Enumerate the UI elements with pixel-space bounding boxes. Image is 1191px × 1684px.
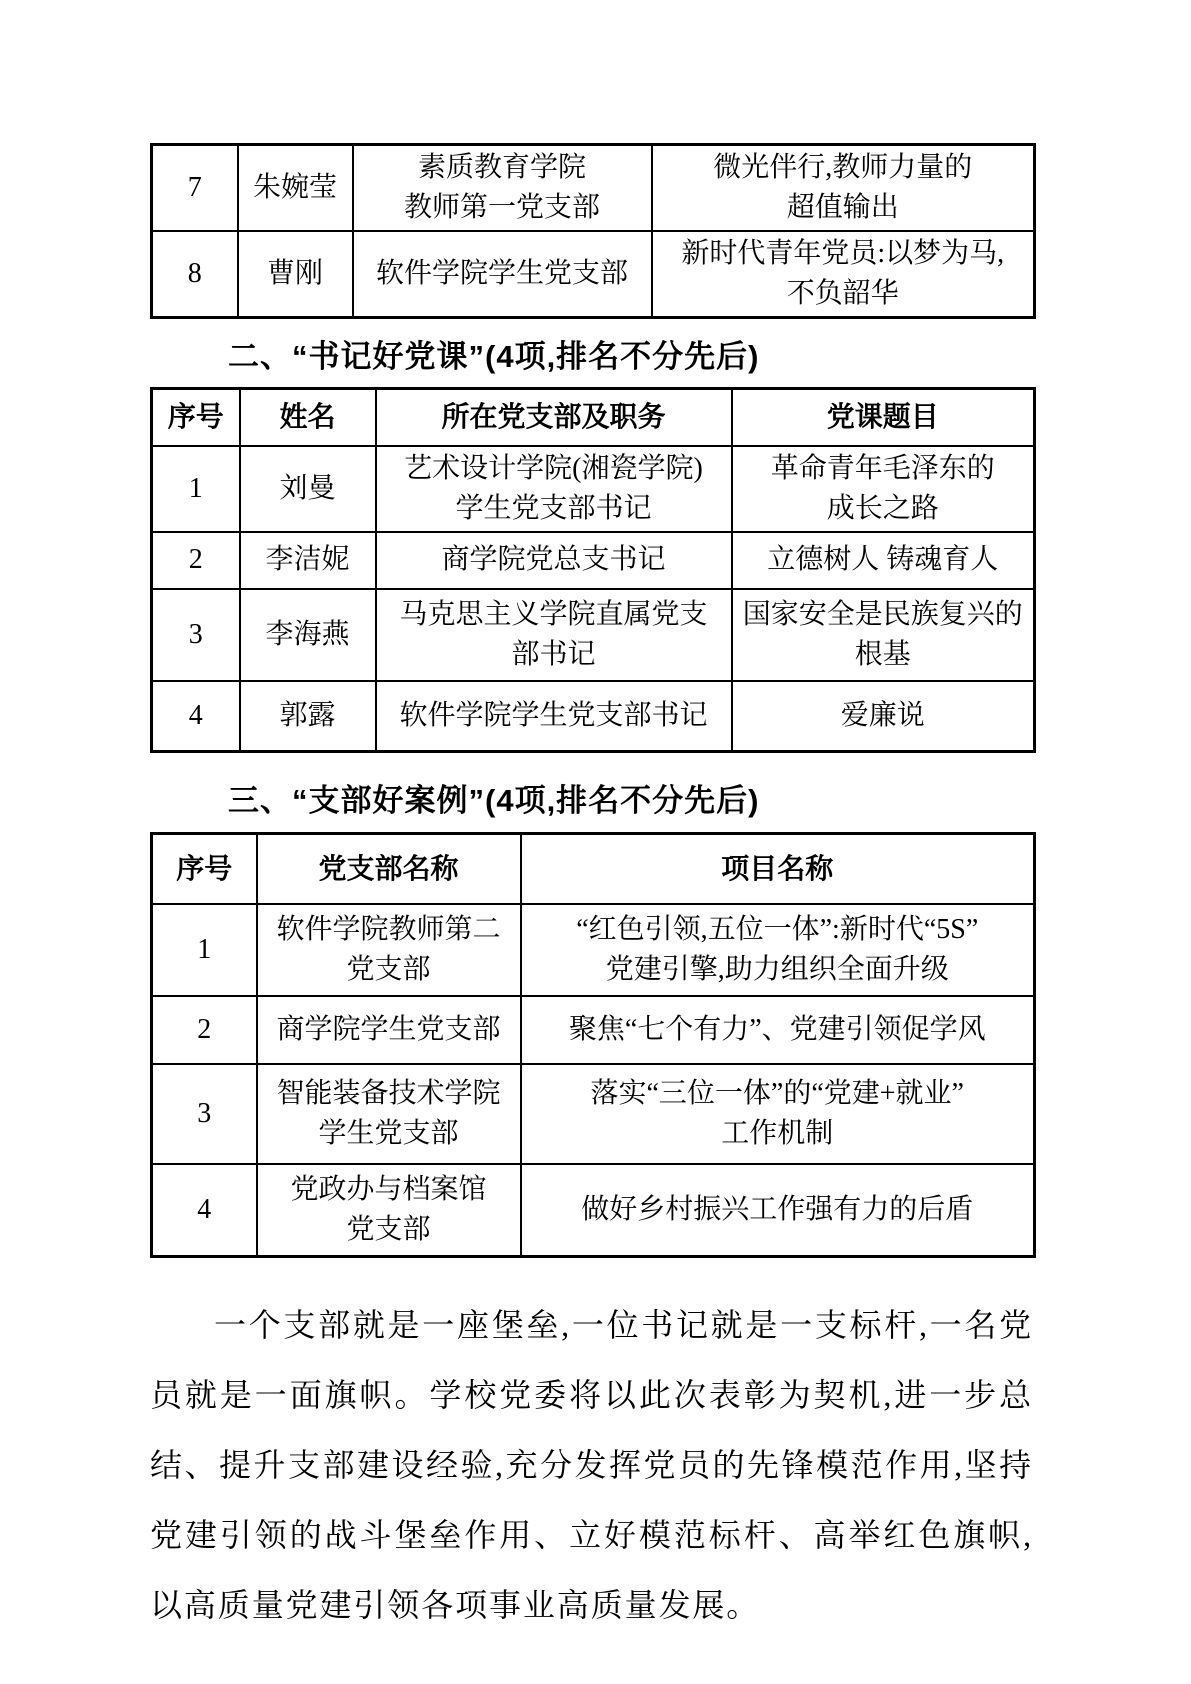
cell-name: 李海燕 [240,589,376,681]
cell-name: 郭露 [240,681,376,752]
cell-project: 做好乡村振兴工作强有力的后盾 [521,1164,1035,1257]
cell-title: 立德树人 铸魂育人 [732,532,1035,589]
header-name: 姓名 [240,389,376,446]
cell-name: 李洁妮 [240,532,376,589]
cell-project: “红色引领,五位一体”:新时代“5S” 党建引擎,助力组织全面升级 [521,904,1035,996]
cell-serial: 3 [152,589,240,681]
document-page: 7 朱婉莹 素质教育学院 教师第一党支部 微光伴行,教师力量的 超值输出 8 曹… [0,0,1191,1684]
table-row: 4 郭露 软件学院学生党支部书记 爱廉说 [152,681,1035,752]
cell-branch: 商学院党总支书记 [376,532,732,589]
table-row: 7 朱婉莹 素质教育学院 教师第一党支部 微光伴行,教师力量的 超值输出 [152,145,1035,232]
table-row: 2 商学院学生党支部 聚焦“七个有力”、党建引领促学风 [152,996,1035,1064]
table-row: 1 软件学院教师第二 党支部 “红色引领,五位一体”:新时代“5S” 党建引擎,… [152,904,1035,996]
table-header-row: 序号 党支部名称 项目名称 [152,834,1035,904]
cell-branch: 软件学院学生党支部书记 [376,681,732,752]
cell-title: 革命青年毛泽东的 成长之路 [732,446,1035,532]
closing-paragraph: 一个支部就是一座堡垒,一位书记就是一支标杆,一名党员就是一面旗帜。学校党委将以此… [150,1290,1033,1640]
cell-branch: 软件学院学生党支部 [353,231,652,318]
table-cases: 序号 党支部名称 项目名称 1 软件学院教师第二 党支部 “红色引领,五位一体”… [150,832,1036,1258]
cell-serial: 4 [152,681,240,752]
cell-branch: 艺术设计学院(湘瓷学院) 学生党支部书记 [376,446,732,532]
table-row: 3 智能装备技术学院 学生党支部 落实“三位一体”的“党建+就业” 工作机制 [152,1064,1035,1164]
cell-title: 爱廉说 [732,681,1035,752]
cell-project: 聚焦“七个有力”、党建引领促学风 [521,996,1035,1064]
cell-serial: 7 [152,145,238,232]
section-heading-lectures: 二、“书记好党课”(4项,排名不分先后) [150,335,1033,379]
header-serial: 序号 [152,834,257,904]
table-lectures: 序号 姓名 所在党支部及职务 党课题目 1 刘曼 艺术设计学院(湘瓷学院) 学生… [150,387,1036,753]
header-branch-name: 党支部名称 [257,834,521,904]
table-awards-continued: 7 朱婉莹 素质教育学院 教师第一党支部 微光伴行,教师力量的 超值输出 8 曹… [150,143,1036,319]
cell-title: 微光伴行,教师力量的 超值输出 [652,145,1035,232]
header-branch: 所在党支部及职务 [376,389,732,446]
cell-serial: 2 [152,532,240,589]
cell-title: 新时代青年党员:以梦为马, 不负韶华 [652,231,1035,318]
header-project-name: 项目名称 [521,834,1035,904]
cell-branch: 软件学院教师第二 党支部 [257,904,521,996]
cell-name: 曹刚 [238,231,353,318]
cell-branch: 马克思主义学院直属党支 部书记 [376,589,732,681]
cell-serial: 4 [152,1164,257,1257]
table-row: 3 李海燕 马克思主义学院直属党支 部书记 国家安全是民族复兴的 根基 [152,589,1035,681]
cell-serial: 2 [152,996,257,1064]
cell-serial: 1 [152,904,257,996]
section-heading-cases: 三、“支部好案例”(4项,排名不分先后) [150,779,1033,823]
cell-branch: 党政办与档案馆 党支部 [257,1164,521,1257]
table-row: 1 刘曼 艺术设计学院(湘瓷学院) 学生党支部书记 革命青年毛泽东的 成长之路 [152,446,1035,532]
table-row: 2 李洁妮 商学院党总支书记 立德树人 铸魂育人 [152,532,1035,589]
cell-serial: 1 [152,446,240,532]
cell-project: 落实“三位一体”的“党建+就业” 工作机制 [521,1064,1035,1164]
cell-name: 朱婉莹 [238,145,353,232]
cell-title: 国家安全是民族复兴的 根基 [732,589,1035,681]
cell-serial: 8 [152,231,238,318]
cell-name: 刘曼 [240,446,376,532]
table-row: 4 党政办与档案馆 党支部 做好乡村振兴工作强有力的后盾 [152,1164,1035,1257]
table-header-row: 序号 姓名 所在党支部及职务 党课题目 [152,389,1035,446]
table-row: 8 曹刚 软件学院学生党支部 新时代青年党员:以梦为马, 不负韶华 [152,231,1035,318]
cell-branch: 素质教育学院 教师第一党支部 [353,145,652,232]
header-serial: 序号 [152,389,240,446]
cell-serial: 3 [152,1064,257,1164]
cell-branch: 智能装备技术学院 学生党支部 [257,1064,521,1164]
cell-branch: 商学院学生党支部 [257,996,521,1064]
header-lecture-title: 党课题目 [732,389,1035,446]
